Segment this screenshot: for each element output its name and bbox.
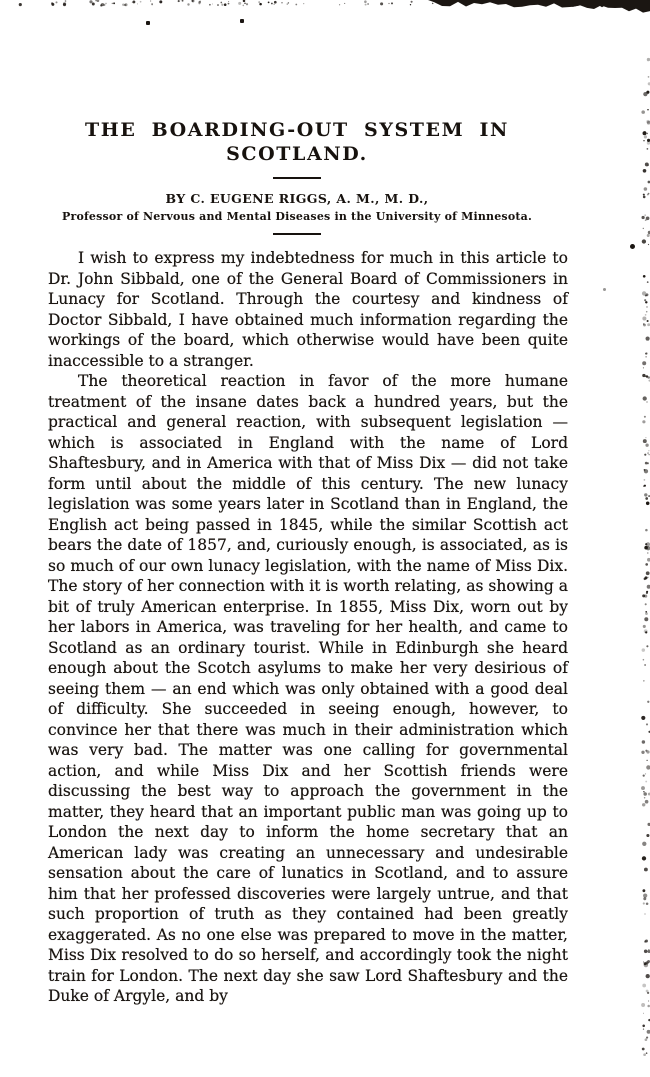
title-divider-rule (273, 177, 321, 179)
byline: BY C. EUGENE RIGGS, A. M., M. D., (37, 192, 557, 206)
heading-group: THE BOARDING-OUT SYSTEM IN SCOTLAND. BY … (37, 118, 557, 235)
paragraph-2: The theoretical reaction in favor of the… (48, 371, 568, 1007)
article-body: I wish to express my indebtedness for mu… (48, 248, 568, 1007)
article: THE BOARDING-OUT SYSTEM IN SCOTLAND. BY … (48, 118, 568, 1007)
scan-artifact-right-edge (640, 0, 650, 1077)
affiliation: Professor of Nervous and Mental Diseases… (37, 210, 557, 223)
scan-speck (603, 288, 606, 291)
scan-speck (240, 19, 244, 23)
byline-divider-rule (273, 233, 321, 235)
scan-artifact-top-edge (0, 0, 650, 30)
paragraph-1: I wish to express my indebtedness for mu… (48, 248, 568, 371)
article-title: THE BOARDING-OUT SYSTEM IN SCOTLAND. (37, 118, 557, 166)
scan-speck (146, 21, 150, 25)
scan-speck (630, 244, 635, 249)
scanned-page: THE BOARDING-OUT SYSTEM IN SCOTLAND. BY … (0, 0, 650, 1077)
